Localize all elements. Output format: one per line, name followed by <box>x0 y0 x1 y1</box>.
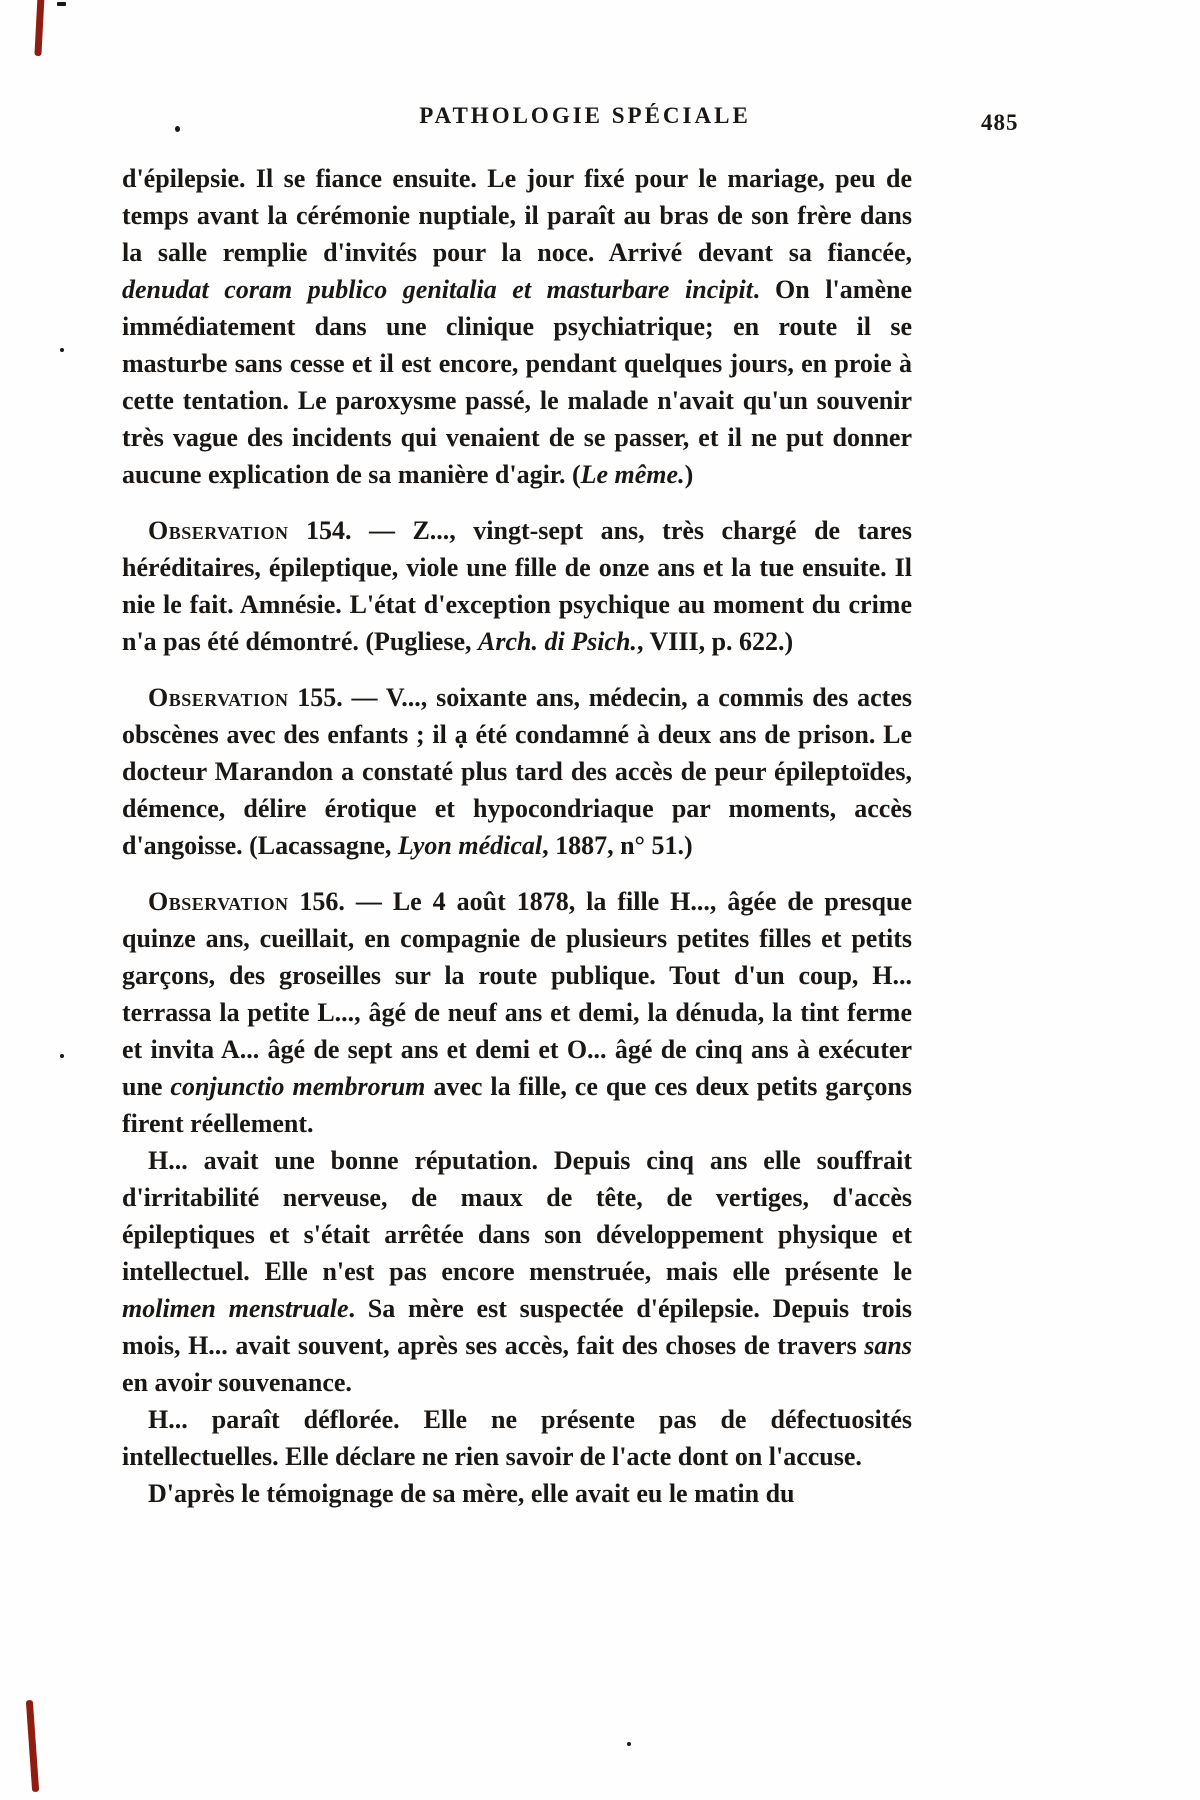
text-run: 156. — Le 4 août 1878, la fille H..., âg… <box>122 887 912 1101</box>
text-run: H... avait une bonne réputation. Depuis … <box>122 1146 912 1286</box>
text-run: d'épilepsie. Il se fiance ensuite. Le jo… <box>122 164 912 267</box>
italic-run: Lyon médical <box>398 831 542 860</box>
text-run: , 1887, n° 51.) <box>542 831 693 860</box>
text-run: D'après le témoignage de sa mère, elle a… <box>148 1479 795 1508</box>
text-block: d'épilepsie. Il se fiance ensuite. Le jo… <box>122 160 912 1512</box>
smallcaps-run: Observation <box>148 683 288 712</box>
text-run: H... paraît déflorée. Elle ne présente p… <box>122 1405 912 1471</box>
ink-speck <box>175 126 180 132</box>
italic-run: denudat coram publico genitalia et mastu… <box>122 275 753 304</box>
case-testimony: D'après le témoignage de sa mère, elle a… <box>122 1475 912 1512</box>
smallcaps-run: Observation <box>148 887 288 916</box>
case-history: H... avait une bonne réputation. Depuis … <box>122 1142 912 1401</box>
running-title: PATHOLOGIE SPÉCIALE <box>419 103 751 128</box>
observation-154: Observation 154. — Z..., vingt-sept ans,… <box>122 512 912 660</box>
ink-speck <box>57 2 66 6</box>
italic-run: Le même. <box>581 460 685 489</box>
ink-speck <box>60 348 64 352</box>
italic-run: conjunctio membrorum <box>170 1072 425 1101</box>
ink-speck <box>60 1054 64 1058</box>
case-continuation: d'épilepsie. Il se fiance ensuite. Le jo… <box>122 160 912 493</box>
italic-run: Arch. di Psich. <box>478 627 637 656</box>
text-run: ) <box>685 460 694 489</box>
observation-155: Observation 155. — V..., soixante ans, m… <box>122 679 912 864</box>
margin-ink-mark-bottom <box>26 1700 39 1792</box>
text-run: . On l'amène immédiatement dans une clin… <box>122 275 912 489</box>
italic-run: molimen menstruale <box>122 1294 349 1323</box>
smallcaps-run: Observation <box>148 516 288 545</box>
italic-run: sans <box>864 1331 912 1360</box>
book-page: PATHOLOGIE SPÉCIALE 485 d'épilepsie. Il … <box>0 0 1200 1800</box>
page-number: 485 <box>981 110 1019 136</box>
margin-ink-mark-top <box>34 0 44 56</box>
case-examination: H... paraît déflorée. Elle ne présente p… <box>122 1401 912 1475</box>
text-run: , VIII, p. 622.) <box>637 627 793 656</box>
ink-speck <box>627 1742 631 1746</box>
text-run: en avoir souvenance. <box>122 1368 352 1397</box>
observation-156: Observation 156. — Le 4 août 1878, la fi… <box>122 883 912 1142</box>
ink-speck <box>459 744 463 748</box>
